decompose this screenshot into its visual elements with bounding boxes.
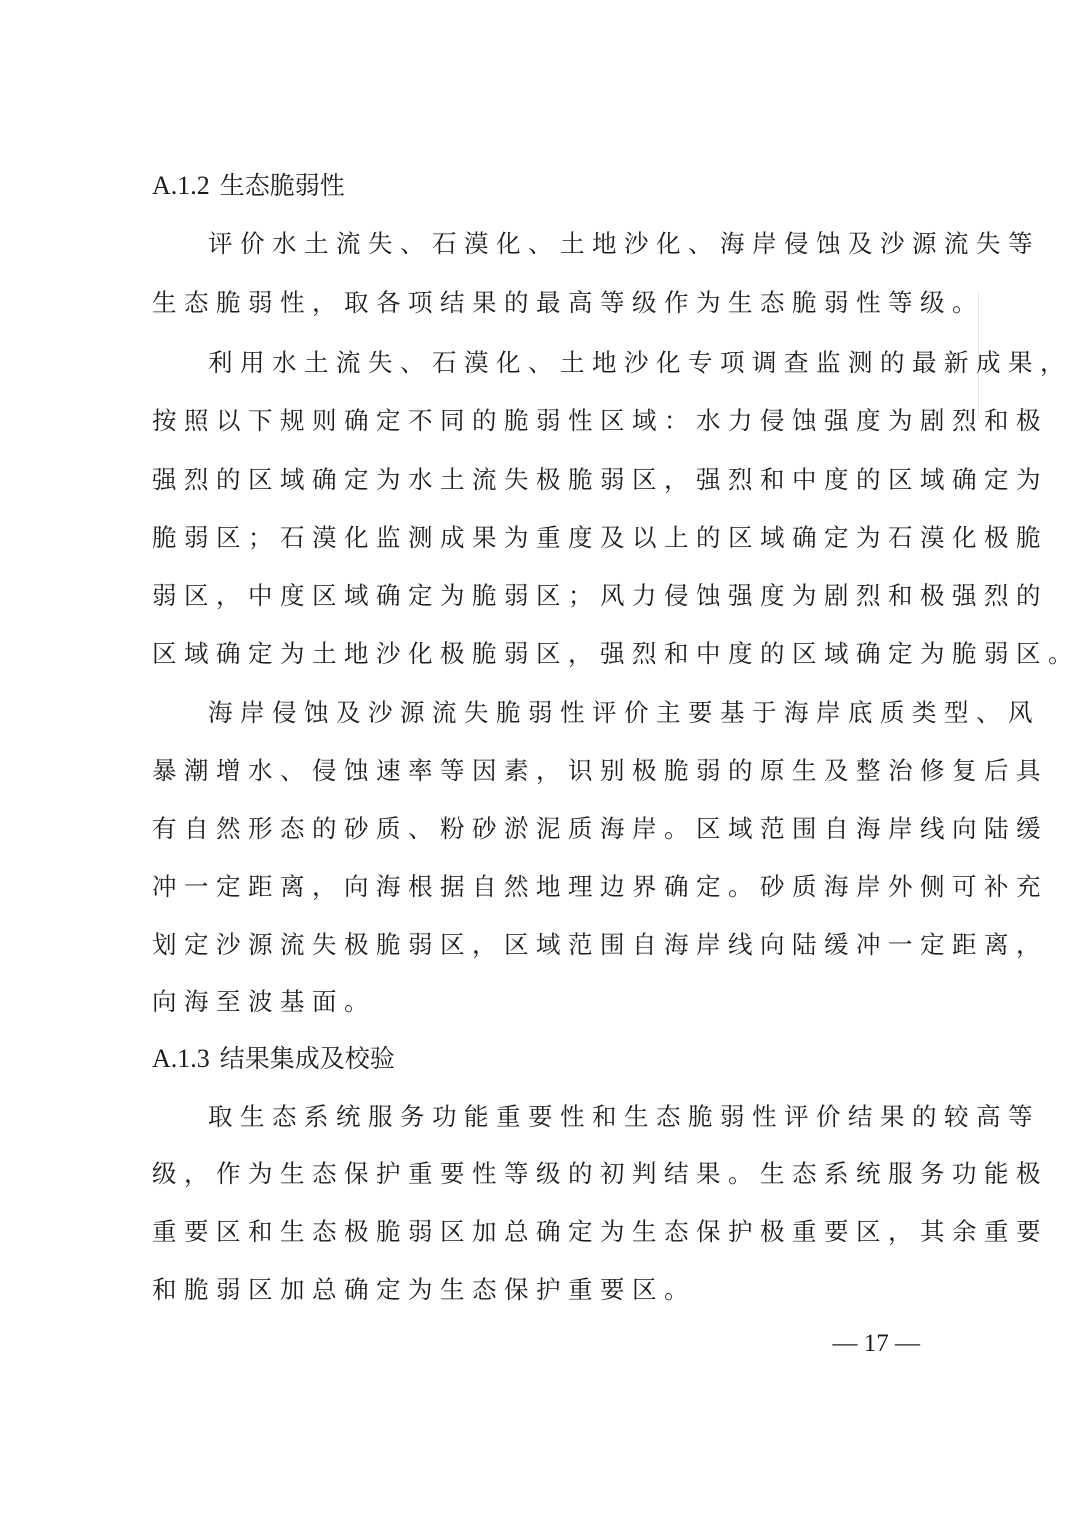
document-page: A.1.2生态脆弱性 评价水土流失、石漠化、土地沙化、海岸侵蚀及沙源流失等 生态…: [0, 0, 1080, 1527]
paragraph-line: 海岸侵蚀及沙源流失脆弱性评价主要基于海岸底质类型、风: [208, 693, 916, 733]
paragraph-line: 有自然形态的砂质、粉砂淤泥质海岸。区域范围自海岸线向陆缓: [152, 809, 916, 849]
paragraph-line: 区域确定为土地沙化极脆弱区，强烈和中度的区域确定为脆弱区。: [152, 634, 916, 674]
paragraph-line: 向海至波基面。: [152, 982, 916, 1022]
paragraph-line: 脆弱区；石漠化监测成果为重度及以上的区域确定为石漠化极脆: [152, 518, 916, 558]
paragraph-line: 取生态系统服务功能重要性和生态脆弱性评价结果的较高等: [208, 1097, 916, 1137]
paragraph-line: 评价水土流失、石漠化、土地沙化、海岸侵蚀及沙源流失等: [208, 224, 916, 264]
section-number: A.1.3: [152, 1044, 210, 1073]
paragraph-line: 和脆弱区加总确定为生态保护重要区。: [152, 1270, 916, 1310]
paragraph-line: 暴潮增水、侵蚀速率等因素，识别极脆弱的原生及整治修复后具: [152, 751, 916, 791]
section-title: 结果集成及校验: [220, 1044, 395, 1073]
paragraph-line: 级，作为生态保护重要性等级的初判结果。生态系统服务功能极: [152, 1154, 916, 1194]
paragraph-line: 利用水土流失、石漠化、土地沙化专项调查监测的最新成果，: [208, 343, 916, 383]
section-heading-a-1-2: A.1.2生态脆弱性: [152, 166, 345, 206]
paragraph-line: 冲一定距离，向海根据自然地理边界确定。砂质海岸外侧可补充: [152, 867, 916, 907]
paragraph-line: 按照以下规则确定不同的脆弱性区域：水力侵蚀强度为剧烈和极: [152, 401, 916, 441]
paragraph-line: 重要区和生态极脆弱区加总确定为生态保护极重要区，其余重要: [152, 1212, 916, 1252]
section-number: A.1.2: [152, 171, 210, 200]
section-title: 生态脆弱性: [220, 171, 345, 200]
paragraph-line: 划定沙源流失极脆弱区，区域范围自海岸线向陆缓冲一定距离，: [152, 925, 916, 965]
paragraph-line: 弱区，中度区域确定为脆弱区；风力侵蚀强度为剧烈和极强烈的: [152, 576, 916, 616]
paragraph-line: 生态脆弱性，取各项结果的最高等级作为生态脆弱性等级。: [152, 283, 916, 323]
paragraph-line: 强烈的区域确定为水土流失极脆弱区，强烈和中度的区域确定为: [152, 460, 916, 500]
page-number: — 17 —: [820, 1324, 920, 1364]
section-heading-a-1-3: A.1.3结果集成及校验: [152, 1039, 395, 1079]
